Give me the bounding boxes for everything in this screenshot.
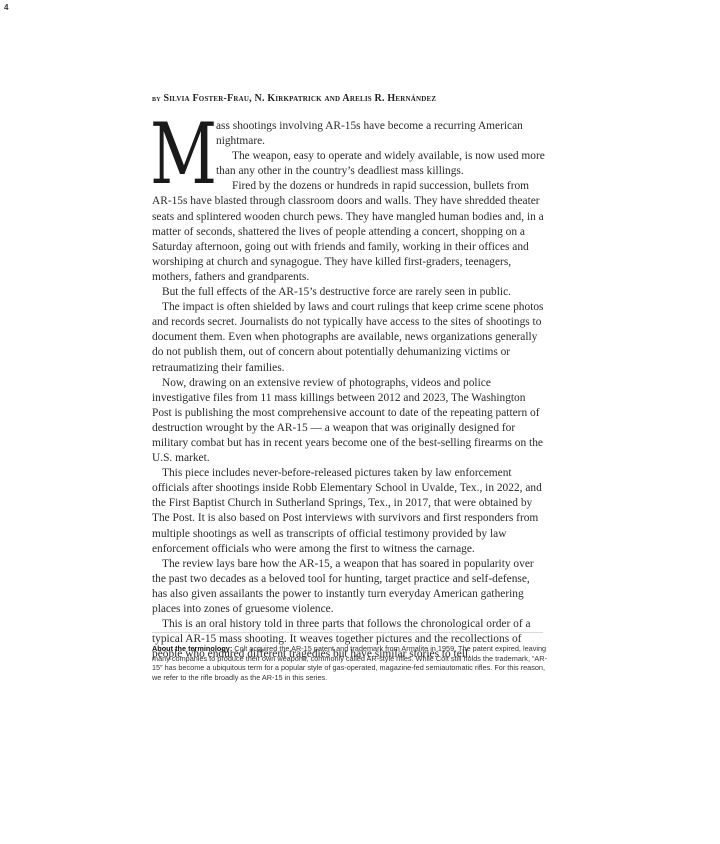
- article-paragraph: The impact is often shielded by laws and…: [152, 300, 546, 375]
- footnote-label: About the terminology:: [152, 644, 232, 653]
- article-paragraph: This piece includes never-before-release…: [152, 466, 546, 557]
- article-body: M ass shootings involving AR-15s have be…: [152, 119, 546, 662]
- section-divider: [152, 632, 543, 633]
- byline-prefix: by: [152, 94, 161, 103]
- byline-authors: Silvia Foster-Frau, N. Kirkpatrick and A…: [163, 93, 436, 104]
- byline: by Silvia Foster-Frau, N. Kirkpatrick an…: [152, 93, 436, 104]
- article-paragraph: Now, drawing on an extensive review of p…: [152, 376, 546, 467]
- page-number: 4: [4, 3, 8, 12]
- drop-cap: M: [150, 123, 195, 185]
- article-paragraph: The review lays bare how the AR-15, a we…: [152, 557, 546, 617]
- article-paragraph: But the full effects of the AR-15’s dest…: [152, 285, 546, 300]
- terminology-footnote: About the terminology: Colt acquired the…: [152, 644, 547, 682]
